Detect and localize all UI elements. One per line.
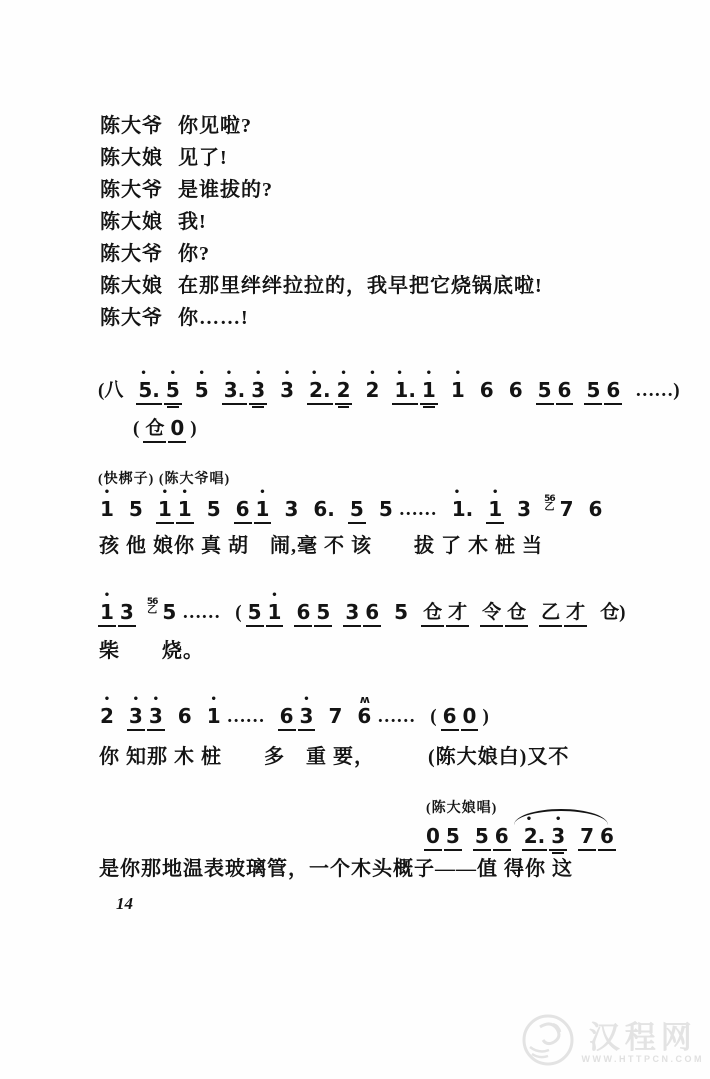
- dialogue-row: 陈大爷你……!: [100, 302, 640, 334]
- music-note: 5: [127, 488, 145, 521]
- music-note: 3: [515, 488, 533, 521]
- speaker-name: 陈大爷: [100, 110, 178, 142]
- music-note: •1: [98, 488, 116, 521]
- music-note: 3: [282, 488, 300, 521]
- watermark-text: 汉程网 WWW.HTTPCN.COM: [582, 1022, 704, 1064]
- speaker-name: 陈大爷: [100, 174, 178, 206]
- music-note: •3: [127, 695, 145, 731]
- dialogue-text: 你……!: [178, 307, 249, 329]
- music-note: 乙: [539, 591, 562, 627]
- music-note: 仓: [143, 407, 166, 443]
- music-note: 才: [446, 591, 469, 627]
- music-note: 5: [377, 488, 395, 521]
- music-note: •1: [449, 369, 467, 402]
- dialogue-text: 我!: [178, 211, 207, 233]
- music-note: •3.: [222, 369, 248, 405]
- dialogue-row: 陈大爷你?: [100, 238, 640, 270]
- grace-note: 56乙: [147, 591, 158, 615]
- music-note: ……: [225, 695, 267, 728]
- music-line-verse2: •1 356乙 5 …… ( 5•1 6 5 3 6 5 仓 才 令 仓 乙 才…: [98, 591, 639, 627]
- music-note: 7: [558, 488, 576, 521]
- music-note: ……: [375, 695, 417, 728]
- music-note: ……): [633, 369, 681, 402]
- music-note: ): [188, 407, 198, 440]
- lyrics-verse2: 柴 烧。: [99, 634, 204, 663]
- music-note: 6: [441, 695, 459, 731]
- music-note: 6: [587, 488, 605, 521]
- music-note: 6: [278, 695, 296, 731]
- music-note: 5: [584, 369, 602, 405]
- music-note: 6.: [311, 488, 337, 521]
- speaker-name: 陈大爷: [100, 238, 178, 270]
- music-note: 令: [480, 591, 503, 627]
- music-note: 3: [118, 591, 136, 627]
- dialogue-text: 见了!: [178, 147, 228, 169]
- music-note: 5: [160, 591, 178, 624]
- music-note: 6: [478, 369, 496, 402]
- speaker-name: 陈大娘: [100, 270, 178, 302]
- music-note: •3: [298, 695, 316, 731]
- music-note: 7: [326, 695, 344, 728]
- music-note: •2: [363, 369, 381, 402]
- dialogue-row: 陈大爷你见啦?: [100, 110, 640, 142]
- music-note: •1: [98, 591, 116, 627]
- dialogue-text: 在那里绊绊拉拉的，我早把它烧锅底啦!: [178, 275, 543, 297]
- music-note: •3: [278, 369, 296, 402]
- music-note: •5: [164, 369, 182, 405]
- music-note: •1: [266, 591, 284, 627]
- singer2-label: (陈大娘唱): [426, 797, 497, 817]
- music-note: 5: [536, 369, 554, 405]
- slur-tie-arc: [514, 809, 608, 825]
- music-note: •1: [176, 488, 194, 524]
- tempo-and-singer-label: (快梆子) (陈大爷唱): [98, 468, 230, 488]
- music-note: ……: [180, 591, 222, 624]
- dialogue-text: 你?: [178, 243, 210, 265]
- lyrics-verse1: 孩 他 娘你 真 胡 闹,毫 不 该 拔 了 木 桩 当: [99, 529, 543, 558]
- dragon-logo-icon: [520, 1012, 576, 1073]
- music-note: 5: [314, 591, 332, 627]
- grace-note: 56乙: [544, 488, 555, 512]
- dialogue-row: 陈大娘见了!: [100, 142, 640, 174]
- music-note: 5: [246, 591, 264, 627]
- music-note: 0: [168, 407, 186, 443]
- music-note: 仓: [421, 591, 444, 627]
- dialogue-text: 是谁拔的?: [178, 179, 273, 201]
- dialogue-row: 陈大娘在那里绊绊拉拉的，我早把它烧锅底啦!: [100, 270, 640, 302]
- httpcn-watermark: 汉程网 WWW.HTTPCN.COM: [520, 1012, 704, 1073]
- music-note: 仓): [598, 591, 627, 624]
- lyrics-verse3: 你 知那 木 桩 多 重 要， (陈大娘白)又不: [99, 740, 569, 769]
- music-note: (: [131, 407, 141, 440]
- music-note: •1: [254, 488, 272, 524]
- music-line-verse1: •1 5•1•1 5 6•1 3 6. 5 5 ……•1.•1 356乙 7 6: [98, 488, 615, 524]
- music-note: 6: [556, 369, 574, 405]
- music-note: (: [428, 695, 438, 728]
- music-note: 6: [234, 488, 252, 524]
- music-note: •1.: [450, 488, 476, 521]
- dialogue-row: 陈大爷是谁拔的?: [100, 174, 640, 206]
- music-line-percussion-intro: (八•5.•5•5•3.•3•3•2.•2•2•1.•1•1 6 6 5 6 5…: [96, 369, 693, 405]
- music-note: 5: [444, 815, 462, 851]
- speaker-name: 陈大爷: [100, 302, 178, 334]
- dialogue-block: 陈大爷你见啦? 陈大娘见了! 陈大爷是谁拔的? 陈大娘我! 陈大爷你? 陈大娘在…: [100, 110, 640, 334]
- music-note: •1: [156, 488, 174, 524]
- music-note: 5: [473, 815, 491, 851]
- music-note: 6: [493, 815, 511, 851]
- music-note: 6: [604, 369, 622, 405]
- music-note: 0: [461, 695, 479, 731]
- music-note: •3: [249, 369, 267, 405]
- music-note: ʍ6: [355, 695, 373, 728]
- dialogue-row: 陈大娘我!: [100, 206, 640, 238]
- scanned-score-page: 陈大爷你见啦? 陈大娘见了! 陈大爷是谁拔的? 陈大娘我! 陈大爷你? 陈大娘在…: [0, 0, 710, 1079]
- music-note: •1: [486, 488, 504, 524]
- music-line-verse3: •2•3•3 6•1 …… 6•3 7ʍ6 …… ( 6 0 ): [98, 695, 502, 731]
- music-note: •1: [420, 369, 438, 405]
- music-note: 才: [564, 591, 587, 627]
- music-note: ): [480, 695, 490, 728]
- music-note: •2: [335, 369, 353, 405]
- music-note: 5: [205, 488, 223, 521]
- music-note: 5: [348, 488, 366, 524]
- music-note: (八: [96, 369, 125, 402]
- lyrics-verse4: 是你那地温表玻璃管，一个木头概子——值 得你 这: [99, 852, 573, 881]
- music-note: ……: [397, 488, 439, 521]
- music-note: •5.: [136, 369, 162, 405]
- music-note: 6: [294, 591, 312, 627]
- music-note: 6: [507, 369, 525, 402]
- page-number: 14: [116, 894, 133, 914]
- music-note: •2.: [307, 369, 333, 405]
- music-note: 仓: [505, 591, 528, 627]
- watermark-site-name: 汉程网: [582, 1022, 704, 1054]
- music-note: •1.: [392, 369, 418, 405]
- speaker-name: 陈大娘: [100, 142, 178, 174]
- watermark-url: WWW.HTTPCN.COM: [582, 1054, 704, 1064]
- music-note: 6: [176, 695, 194, 728]
- music-note: 6: [363, 591, 381, 627]
- dialogue-text: 你见啦?: [178, 115, 252, 137]
- music-note: 3: [343, 591, 361, 627]
- music-note: •5: [193, 369, 211, 402]
- speaker-name: 陈大娘: [100, 206, 178, 238]
- music-note: (: [233, 591, 243, 624]
- music-note: •2: [98, 695, 116, 728]
- music-note: •1: [205, 695, 223, 728]
- music-line-percussion-cang0: ( 仓 0 ): [131, 407, 210, 443]
- music-note: 5: [392, 591, 410, 624]
- music-note: •3: [147, 695, 165, 731]
- music-note: 0: [424, 815, 442, 851]
